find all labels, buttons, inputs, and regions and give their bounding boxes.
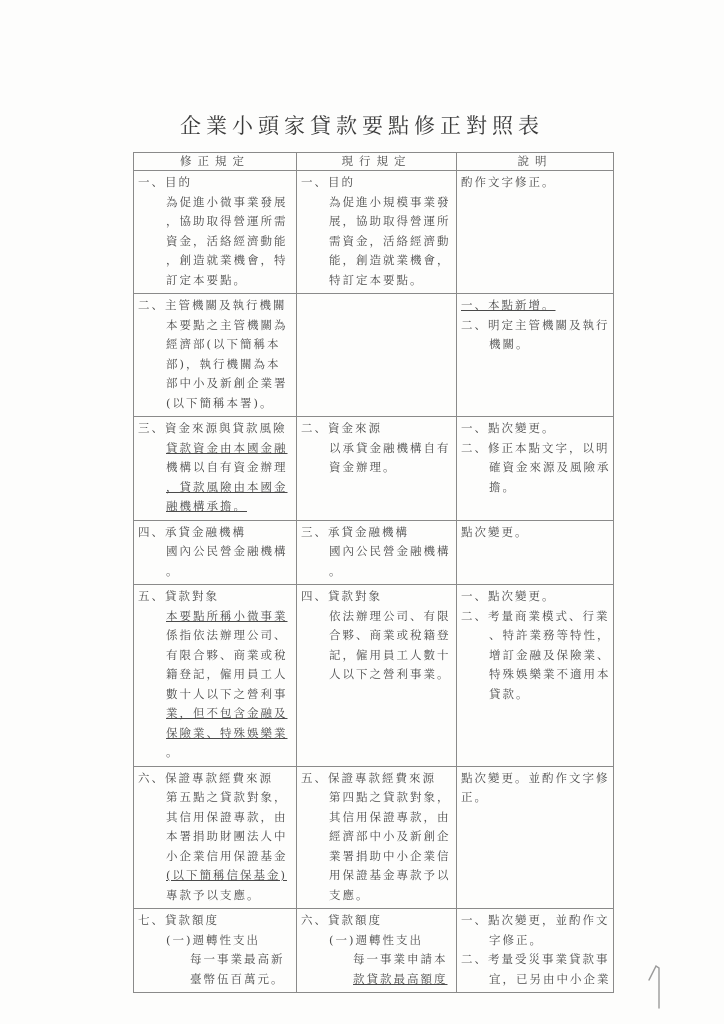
cell-line: 。: [301, 562, 453, 582]
cell-line: 二、考量受災事業貸款事: [461, 950, 610, 970]
cell-line: 擔。: [461, 478, 610, 498]
cell-line: 部)，執行機關為本: [138, 355, 293, 375]
cell-line: 數十人以下之營利事: [138, 685, 293, 705]
cell-line: 記，僱用員工人數十: [301, 646, 453, 666]
cell-line: 一、點次變更。: [461, 419, 610, 439]
cell-line: (一)週轉性支出: [301, 931, 453, 951]
cell-line: 機關。: [461, 335, 610, 355]
cell-line: 一、本點新增。: [461, 296, 610, 316]
cell-line: 四、貸款對象: [301, 587, 453, 607]
note-cell: 一、本點新增。 二、明定主管機關及執行 機關。: [457, 294, 614, 417]
cell-line: 資金辦理。: [301, 458, 453, 478]
cell-line: 第四點之貸款對象，: [301, 788, 453, 808]
cell-line: 訂定本要點。: [138, 271, 293, 291]
cell-line: 國內公民營金融機構: [301, 542, 453, 562]
cell-line: (一)週轉性支出: [138, 931, 293, 951]
cell-line: 能，創造就業機會，: [301, 251, 453, 271]
cell-line: 專款予以支應。: [138, 886, 293, 906]
cell-line: 業署捐助中小企業信: [301, 847, 453, 867]
cell-line: 點次變更。並酌作文字修: [461, 769, 610, 789]
cell-line: 特訂定本要點。: [301, 271, 453, 291]
cell-line: 。: [138, 562, 293, 582]
table-row: 一、目的 為促進小微事業發展 ，協助取得營運所需 資金，活絡經濟動能 ，創造就業…: [134, 171, 614, 294]
handwritten-page-mark: [648, 962, 662, 1010]
cell-line: 經濟部中小及新創企: [301, 827, 453, 847]
note-cell: 點次變更。並酌作文字修 正。: [457, 766, 614, 909]
note-cell: 一、點次變更。 二、修正本點文字，以明 確資金來源及風險承 擔。: [457, 417, 614, 521]
cell-line: 支應。: [301, 886, 453, 906]
cell-line: 三、承貸金融機構: [301, 523, 453, 543]
cell-line: ，創造就業機會，特: [138, 251, 293, 271]
cell-line: 臺幣伍百萬元。: [138, 970, 293, 990]
current-cell: 五、保證專款經費來源 第四點之貸款對象， 其信用保證專款，由 經濟部中小及新創企…: [297, 766, 457, 909]
cell-line: 增訂金融及保險業、: [461, 646, 610, 666]
revised-cell: 四、承貸金融機構 國內公民營金融機構 。: [134, 520, 297, 585]
cell-line: 六、貸款額度: [301, 911, 453, 931]
cell-line: 一、目的: [138, 173, 293, 193]
current-cell: 三、承貸金融機構 國內公民營金融機構 。: [297, 520, 457, 585]
cell-line: 小企業信用保證基金: [138, 847, 293, 867]
table-row: 三、資金來源與貸款風險 貸款資金由本國金融 機構以自有資金辦理 ，貸款風險由本國…: [134, 417, 614, 521]
document-title: 企業小頭家貸款要點修正對照表: [0, 110, 724, 140]
cell-line: 融機構承擔。: [138, 497, 293, 517]
current-cell: 六、貸款額度 (一)週轉性支出 每一事業申請本 款貸款最高額度: [297, 909, 457, 993]
cell-line: 確資金來源及風險承: [461, 458, 610, 478]
cell-line: 係指依法辦理公司、: [138, 626, 293, 646]
cell-line: 一、點次變更。: [461, 587, 610, 607]
table-row: 六、保證專款經費來源 第五點之貸款對象， 其信用保證專款，由 本署捐助財團法人中…: [134, 766, 614, 909]
cell-line: 經濟部(以下簡稱本: [138, 335, 293, 355]
current-cell: 四、貸款對象 依法辦理公司、有限 合夥、商業或稅籍登 記，僱用員工人數十 人以下…: [297, 585, 457, 767]
cell-line: 本署捐助財團法人中: [138, 827, 293, 847]
cell-line: ，協助取得營運所需: [138, 212, 293, 232]
cell-line: 展，協助取得營運所: [301, 212, 453, 232]
cell-line: 業，但不包含金融及: [138, 704, 293, 724]
current-cell: [297, 294, 457, 417]
cell-line: 六、保證專款經費來源: [138, 769, 293, 789]
cell-line: 合夥、商業或稅籍登: [301, 626, 453, 646]
cell-line: 點次變更。: [461, 523, 610, 543]
cell-line: 正。: [461, 788, 610, 808]
column-header-note: 說明: [457, 153, 614, 171]
cell-line: 籍登記，僱用員工人: [138, 665, 293, 685]
cell-line: 二、主管機關及執行機關: [138, 296, 293, 316]
comparison-table: 修正規定 現行規定 說明 一、目的 為促進小微事業發展 ，協助取得營運所需 資金…: [133, 152, 614, 993]
cell-line: 每一事業申請本: [301, 950, 453, 970]
cell-line: 機構以自有資金辦理: [138, 458, 293, 478]
note-cell: 點次變更。: [457, 520, 614, 585]
table-header-row: 修正規定 現行規定 說明: [134, 153, 614, 171]
revised-cell: 七、貸款額度 (一)週轉性支出 每一事業最高新 臺幣伍百萬元。: [134, 909, 297, 993]
cell-line: 國內公民營金融機構: [138, 542, 293, 562]
cell-line: 二、修正本點文字，以明: [461, 439, 610, 459]
cell-line: (以下簡稱信保基金): [138, 866, 293, 886]
cell-line: 以承貸金融機構自有: [301, 439, 453, 459]
table-row: 二、主管機關及執行機關 本要點之主管機關為 經濟部(以下簡稱本 部)，執行機關為…: [134, 294, 614, 417]
note-cell: 一、點次變更，並酌作文 字修正。 二、考量受災事業貸款事 宜，已另由中小企業: [457, 909, 614, 993]
cell-line: 、特許業務等特性，: [461, 626, 610, 646]
cell-line: 款貸款最高額度: [301, 970, 453, 990]
table-row: 五、貸款對象 本要點所稱小微事業 係指依法辦理公司、 有限合夥、商業或稅 籍登記…: [134, 585, 614, 767]
cell-line: 為促進小微事業發展: [138, 193, 293, 213]
cell-line: 資金，活絡經濟動能: [138, 232, 293, 252]
cell-line: 其信用保證專款，由: [301, 808, 453, 828]
table-row: 七、貸款額度 (一)週轉性支出 每一事業最高新 臺幣伍百萬元。 六、貸款額度 (…: [134, 909, 614, 993]
cell-line: 本要點之主管機關為: [138, 316, 293, 336]
cell-line: 二、資金來源: [301, 419, 453, 439]
cell-line: 特殊娛樂業不適用本: [461, 665, 610, 685]
cell-line: 字修正。: [461, 931, 610, 951]
column-header-revised: 修正規定: [134, 153, 297, 171]
cell-line: 二、考量商業模式、行業: [461, 607, 610, 627]
cell-line: 人以下之營利事業。: [301, 665, 453, 685]
note-cell: 酌作文字修正。: [457, 171, 614, 294]
cell-line: 用保證基金專款予以: [301, 866, 453, 886]
cell-line: 第五點之貸款對象，: [138, 788, 293, 808]
revised-cell: 六、保證專款經費來源 第五點之貸款對象， 其信用保證專款，由 本署捐助財團法人中…: [134, 766, 297, 909]
cell-line: 貸款。: [461, 685, 610, 705]
cell-line: ，貸款風險由本國金: [138, 478, 293, 498]
cell-line: 一、點次變更，並酌作文: [461, 911, 610, 931]
revised-cell: 五、貸款對象 本要點所稱小微事業 係指依法辦理公司、 有限合夥、商業或稅 籍登記…: [134, 585, 297, 767]
revised-cell: 三、資金來源與貸款風險 貸款資金由本國金融 機構以自有資金辦理 ，貸款風險由本國…: [134, 417, 297, 521]
cell-line: 部中小及新創企業署: [138, 374, 293, 394]
cell-line: 貸款資金由本國金融: [138, 439, 293, 459]
cell-line: 一、目的: [301, 173, 453, 193]
cell-line: 有限合夥、商業或稅: [138, 646, 293, 666]
cell-line: 七、貸款額度: [138, 911, 293, 931]
revised-cell: 二、主管機關及執行機關 本要點之主管機關為 經濟部(以下簡稱本 部)，執行機關為…: [134, 294, 297, 417]
cell-line: (以下簡稱本署)。: [138, 394, 293, 414]
cell-line: 每一事業最高新: [138, 950, 293, 970]
cell-line: 三、資金來源與貸款風險: [138, 419, 293, 439]
cell-line: 宜，已另由中小企業: [461, 970, 610, 990]
cell-line: 依法辦理公司、有限: [301, 607, 453, 627]
revised-cell: 一、目的 為促進小微事業發展 ，協助取得營運所需 資金，活絡經濟動能 ，創造就業…: [134, 171, 297, 294]
cell-line: 。: [138, 743, 293, 763]
cell-line: 四、承貸金融機構: [138, 523, 293, 543]
cell-line: 需資金，活絡經濟動: [301, 232, 453, 252]
table-row: 四、承貸金融機構 國內公民營金融機構 。 三、承貸金融機構 國內公民營金融機構 …: [134, 520, 614, 585]
cell-line: 保險業、特殊娛樂業: [138, 724, 293, 744]
cell-line: 酌作文字修正。: [461, 173, 610, 193]
cell-line: 本要點所稱小微事業: [138, 607, 293, 627]
cell-line: 五、保證專款經費來源: [301, 769, 453, 789]
cell-line: 二、明定主管機關及執行: [461, 316, 610, 336]
column-header-current: 現行規定: [297, 153, 457, 171]
note-cell: 一、點次變更。 二、考量商業模式、行業 、特許業務等特性， 增訂金融及保險業、 …: [457, 585, 614, 767]
cell-line: 五、貸款對象: [138, 587, 293, 607]
cell-line: 為促進小規模事業發: [301, 193, 453, 213]
current-cell: 二、資金來源 以承貸金融機構自有 資金辦理。: [297, 417, 457, 521]
current-cell: 一、目的 為促進小規模事業發 展，協助取得營運所 需資金，活絡經濟動 能，創造就…: [297, 171, 457, 294]
cell-line: 其信用保證專款，由: [138, 808, 293, 828]
